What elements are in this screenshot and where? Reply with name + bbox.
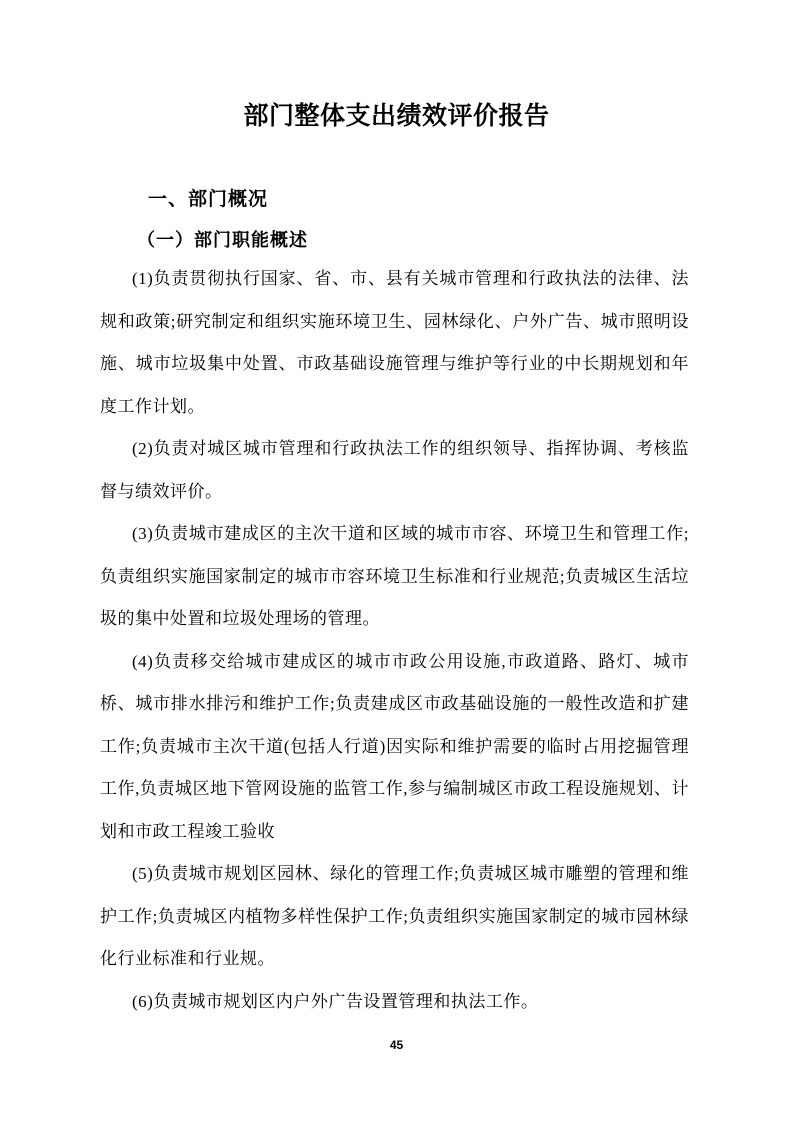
body-paragraph-6: (6)负责城市规划区内户外广告设置管理和执法工作。 [100,981,689,1024]
subsection-heading-functions: （一）部门职能概述 [0,228,793,253]
body-paragraph-5: (5)负责城市规划区园林、绿化的管理工作;负责城区城市雕塑的管理和维护工作;负责… [100,853,689,981]
body-paragraph-1: (1)负责贯彻执行国家、省、市、县有关城市管理和行政执法的法律、法规和政策;研究… [100,258,689,428]
page-number-label: 45 [0,1038,793,1052]
section-heading-overview: 一、部门概况 [0,187,793,213]
body-paragraph-3: (3)负责城市建成区的主次干道和区域的城市市容、环境卫生和管理工作;负责组织实施… [100,513,689,641]
body-paragraph-4: (4)负责移交给城市建成区的城市市政公用设施,市政道路、路灯、城市桥、城市排水排… [100,641,689,854]
document-page: 部门整体支出绩效评价报告 一、部门概况 （一）部门职能概述 (1)负责贯彻执行国… [0,0,793,1122]
document-body: (1)负责贯彻执行国家、省、市、县有关城市管理和行政执法的法律、法规和政策;研究… [0,258,793,1023]
body-paragraph-2: (2)负责对城区城市管理和行政执法工作的组织领导、指挥协调、考核监督与绩效评价。 [100,428,689,513]
document-title: 部门整体支出绩效评价报告 [0,0,793,134]
